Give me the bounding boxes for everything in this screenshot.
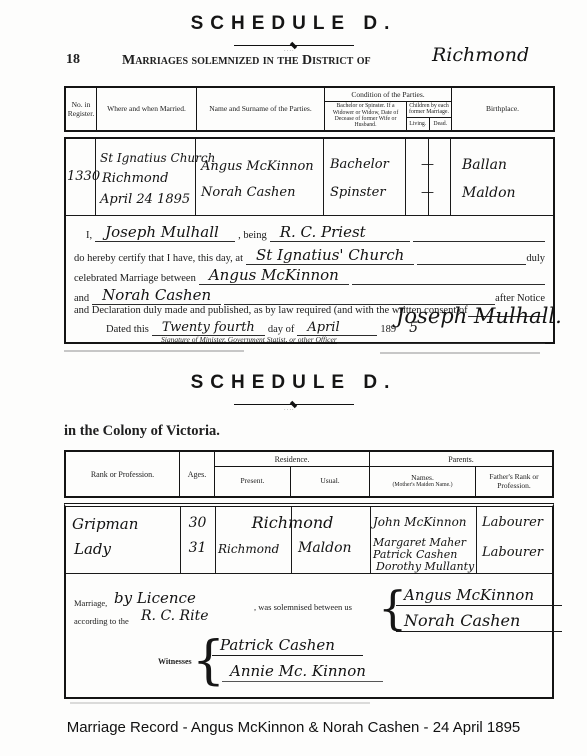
table1-body: 1330 St Ignatius Church Richmond April 2… bbox=[64, 137, 555, 344]
names-note: (Mother's Maiden Name.) bbox=[392, 482, 452, 489]
church-hand: St Ignatius' Church bbox=[246, 246, 414, 265]
parents-group-header: Parents. Names. (Mother's Maiden Name.) … bbox=[370, 452, 552, 496]
witness2-signature: Annie Mc. Kinnon bbox=[222, 662, 383, 682]
dated-day-hand: Twenty fourth bbox=[152, 320, 265, 336]
licence-hand: by Licence bbox=[114, 589, 196, 607]
minister-title-hand: R. C. Priest bbox=[270, 223, 410, 242]
cert-groom-hand: Angus McKinnon bbox=[199, 266, 349, 285]
divider bbox=[476, 507, 477, 573]
bride-signature: Norah Cashen bbox=[396, 611, 562, 632]
cert-line-3: celebrated Marriage between Angus McKinn… bbox=[74, 266, 545, 285]
groom-residence: Richmond bbox=[215, 513, 370, 532]
dated-line: Dated this Twenty fourth day of April 18… bbox=[106, 320, 353, 336]
where-when-line2: Richmond bbox=[102, 171, 168, 186]
schedule-title-bottom: SCHEDULE D. bbox=[0, 372, 587, 394]
present-label: Present. bbox=[215, 467, 291, 496]
col-birthplace-header: Birthplace. bbox=[452, 88, 553, 130]
signature-caption-line: Signature of Minister, Government Statis… bbox=[161, 335, 545, 344]
minister-signature: Joseph Mulhall. bbox=[396, 304, 562, 328]
groom-name: Angus McKinnon bbox=[201, 159, 314, 174]
record-caption: Marriage Record - Angus McKinnon & Norah… bbox=[0, 719, 587, 736]
witnesses-label: Witnesses bbox=[158, 657, 192, 666]
bride-rank: Lady bbox=[74, 540, 111, 558]
duly-label: duly bbox=[526, 253, 545, 265]
bride-age: 31 bbox=[180, 540, 215, 556]
district-handwritten: Richmond bbox=[432, 44, 529, 66]
witness1-signature: Patrick Cashen bbox=[212, 636, 363, 656]
district-heading: Marriages solemnized in the District of bbox=[122, 53, 371, 69]
cert-line-2: do hereby certify that I have, this day,… bbox=[74, 246, 545, 265]
blank-line bbox=[417, 261, 526, 265]
col-where-when-header: Where and when Married. bbox=[97, 88, 197, 130]
bride-birthplace: Maldon bbox=[462, 185, 516, 201]
father-rank-label: Father's Rank or Profession. bbox=[476, 467, 552, 496]
marriage-label: Marriage, bbox=[74, 598, 107, 608]
children-living-label: Living. bbox=[407, 118, 430, 130]
table2-header: Rank or Profession. Ages. Residence. Pre… bbox=[64, 450, 554, 498]
groom-birthplace: Ballan bbox=[462, 157, 507, 173]
blank-line bbox=[352, 281, 545, 285]
groom-father-rank: Labourer bbox=[482, 515, 543, 530]
groom-signature: Angus McKinnon bbox=[396, 586, 562, 606]
table2-body: Gripman 30 Richmond John McKinnon Labour… bbox=[64, 503, 554, 699]
ornamental-rule-top: ···· bbox=[234, 41, 354, 51]
children-dash-bride: — bbox=[405, 185, 450, 200]
according-label: according to the bbox=[74, 616, 129, 626]
groom-condition: Bachelor bbox=[330, 157, 389, 172]
parent-names-label: Names. (Mother's Maiden Name.) bbox=[370, 467, 476, 496]
groom-age: 30 bbox=[180, 515, 215, 531]
rite-hand: R. C. Rite bbox=[141, 608, 208, 624]
children-header: Children by each former Marriage. Living… bbox=[407, 102, 451, 130]
bride-name: Norah Cashen bbox=[201, 185, 295, 200]
scan-artifact bbox=[64, 350, 244, 352]
row-divider bbox=[66, 215, 553, 216]
signature-caption: Signature of Minister, Government Statis… bbox=[161, 335, 337, 344]
scanned-marriage-record: SCHEDULE D. ···· 18 Marriages solemnized… bbox=[0, 0, 587, 756]
schedule-title-top: SCHEDULE D. bbox=[0, 13, 587, 35]
bride-mother-name: Dorothy Mullanty bbox=[376, 560, 474, 573]
condition-label: Condition of the Parties. bbox=[325, 88, 451, 102]
bride-condition: Spinster bbox=[330, 185, 386, 200]
parents-label: Parents. bbox=[370, 452, 552, 467]
divider bbox=[370, 507, 371, 573]
children-dead-label: Dead. bbox=[430, 118, 452, 130]
usual-label: Usual. bbox=[291, 467, 369, 496]
children-label: Children by each former Marriage. bbox=[407, 102, 451, 118]
groom-father-name: John McKinnon bbox=[373, 515, 467, 529]
col-condition-header: Condition of the Parties. Bachelor or Sp… bbox=[325, 88, 452, 130]
residence-label: Residence. bbox=[215, 452, 369, 467]
being-label: , being bbox=[238, 230, 267, 242]
ornamental-rule-bottom: ···· bbox=[234, 400, 354, 410]
divider bbox=[428, 139, 429, 215]
colony-line: in the Colony of Victoria. bbox=[64, 423, 220, 440]
cert-line-1: I, Joseph Mulhall , being R. C. Priest bbox=[74, 223, 545, 242]
divider bbox=[323, 139, 324, 215]
col-register-header: No. in Register. bbox=[66, 88, 97, 130]
bride-residence-present: Richmond bbox=[218, 542, 279, 556]
i-label: I, bbox=[86, 230, 92, 242]
page-number: 18 bbox=[66, 52, 80, 68]
solemnised-label: , was solemnised between us bbox=[254, 602, 352, 612]
dated-label: Dated this bbox=[106, 324, 149, 336]
and-label: and bbox=[74, 293, 89, 305]
certify-label: do hereby certify that I have, this day,… bbox=[74, 253, 243, 265]
col-rank-header: Rank or Profession. bbox=[66, 452, 180, 496]
blank-line bbox=[413, 238, 545, 242]
condition-detail-label: Bachelor or Spinster. If a Widower or Wi… bbox=[325, 102, 407, 130]
scan-artifact bbox=[380, 352, 540, 354]
cert-line-4: and Norah Cashen after Notice bbox=[74, 286, 545, 305]
groom-rank: Gripman bbox=[72, 515, 138, 533]
col-names-header: Name and Surname of the Parties. bbox=[197, 88, 325, 130]
bride-father-rank: Labourer bbox=[482, 545, 543, 560]
rule-dots: ···· bbox=[284, 408, 295, 413]
where-when-line1: St Ignatius Church bbox=[100, 151, 215, 165]
scan-artifact bbox=[70, 702, 370, 704]
divider bbox=[405, 139, 406, 215]
bride-residence-usual: Maldon bbox=[298, 540, 352, 556]
residence-group-header: Residence. Present. Usual. bbox=[215, 452, 370, 496]
col-ages-header: Ages. bbox=[180, 452, 215, 496]
dated-month-hand: April bbox=[297, 320, 377, 336]
minister-name-hand: Joseph Mulhall bbox=[95, 223, 235, 242]
blank-line bbox=[337, 340, 545, 344]
divider bbox=[450, 139, 451, 215]
cert-bride-hand: Norah Cashen bbox=[92, 286, 221, 305]
where-when-line3: April 24 1895 bbox=[100, 192, 190, 207]
celebrated-label: celebrated Marriage between bbox=[74, 273, 196, 285]
register-number: 1330 bbox=[67, 169, 100, 184]
row-divider bbox=[66, 573, 552, 574]
table1-header: No. in Register. Where and when Married.… bbox=[64, 86, 555, 132]
children-dash-groom: — bbox=[405, 157, 450, 172]
